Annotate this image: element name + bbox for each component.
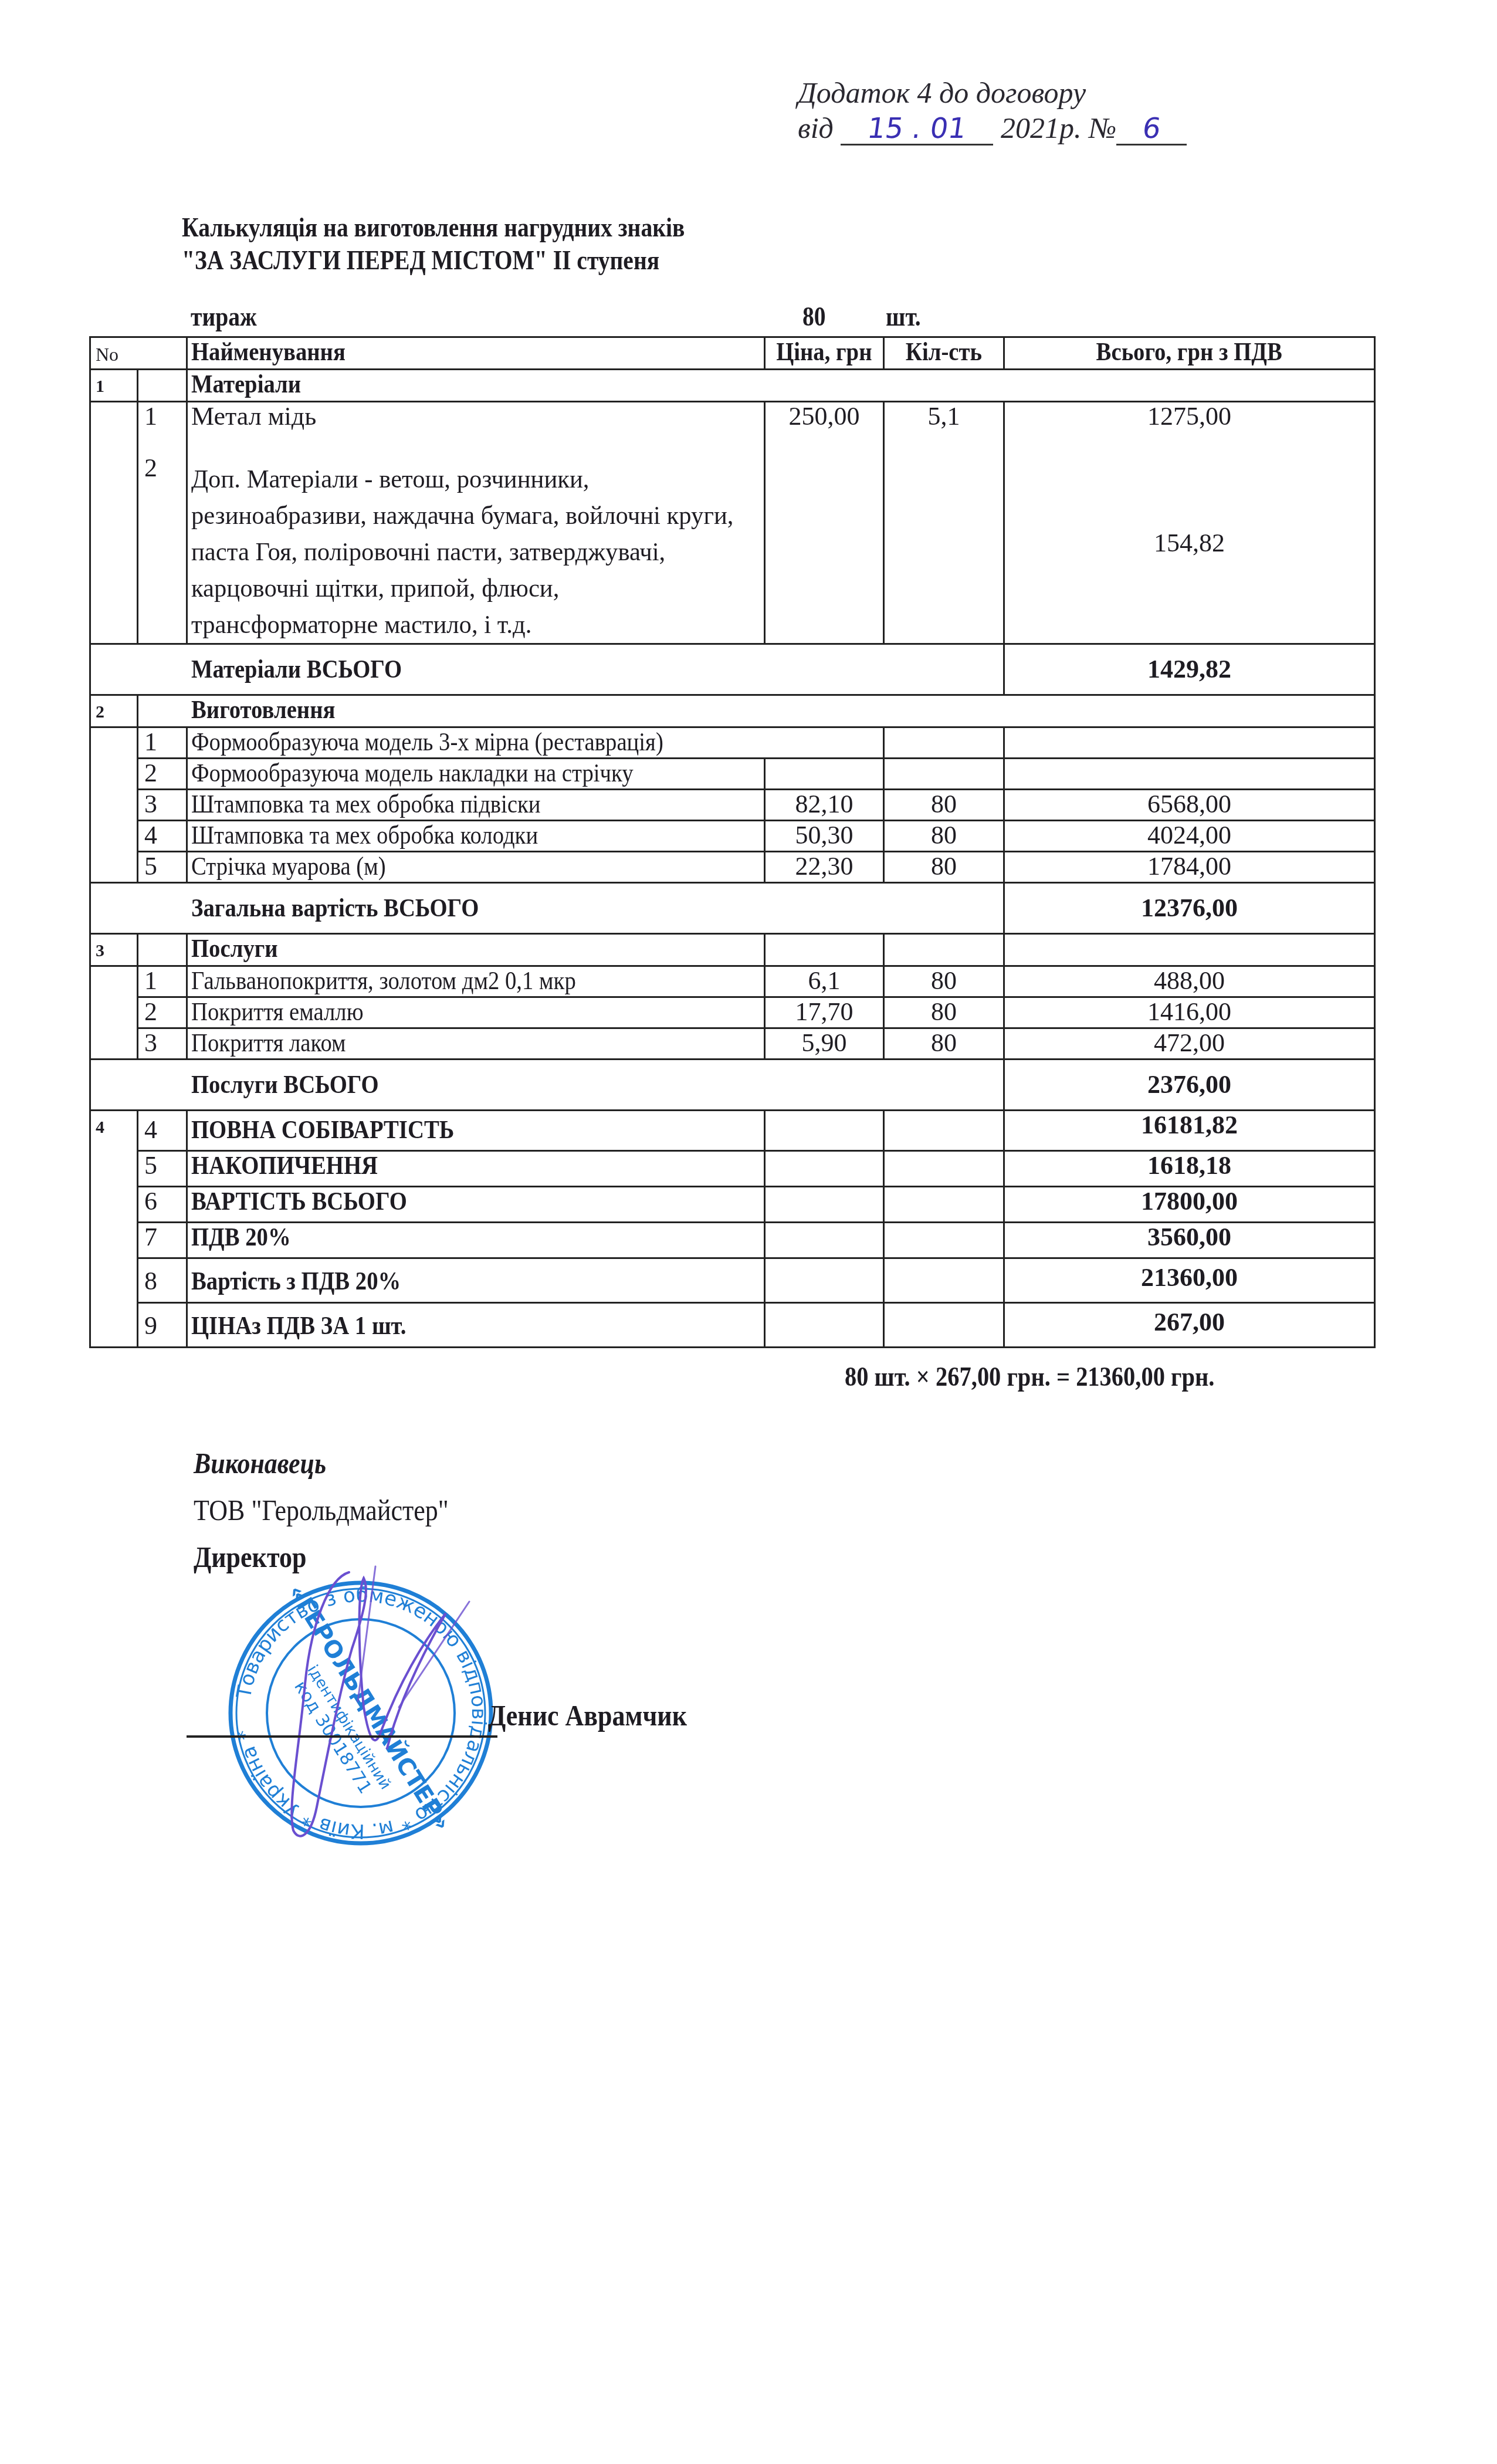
final-row: 9 ЦІНАз ПДВ ЗА 1 шт. 267,00: [90, 1303, 1375, 1348]
section-number: 1: [90, 370, 138, 402]
item-qty: 80: [884, 997, 1004, 1028]
item-price: 50,30: [765, 821, 884, 852]
signature-line: [187, 1735, 497, 1738]
section-row-manufacturing: 2 Виготовлення: [90, 695, 1375, 727]
subtotal-value: 12376,00: [1004, 883, 1375, 934]
column-header-name: Найменування: [187, 337, 765, 370]
item-price: [765, 759, 884, 790]
final-row: 5 НАКОПИЧЕННЯ 1618,18: [90, 1151, 1375, 1187]
item-total: 1275,00: [1008, 402, 1370, 431]
item-name: Стрічка муарова (м): [187, 852, 765, 883]
subtotal-row: Послуги ВСЬОГО 2376,00: [90, 1060, 1375, 1111]
section-number: 4: [90, 1111, 138, 1348]
item-number: 5: [138, 852, 187, 883]
item-name: Покриття емаллю: [187, 997, 765, 1028]
item-name: Штамповка та мех обробка колодки: [187, 821, 765, 852]
executor-label: Виконавець: [194, 1446, 344, 1480]
section-row-materials: 1 Матеріали: [90, 370, 1375, 402]
item-total: 1618,18: [1004, 1151, 1375, 1187]
column-header-total: Всього, грн з ПДВ: [1004, 337, 1375, 370]
subtotal-label: Загальна вартість ВСЬОГО: [90, 883, 1004, 934]
circulation-unit: шт.: [886, 301, 921, 332]
date-prefix: від: [798, 111, 834, 144]
item-name: Покриття лаком: [187, 1028, 765, 1060]
document-title: Калькуляція на виготовлення нагрудних зн…: [182, 211, 685, 277]
signer-name: Денис Аврамчик: [488, 1698, 714, 1732]
subtotal-label: Матеріали ВСЬОГО: [90, 644, 1004, 695]
addendum-title: Додаток 4 до договору: [798, 75, 1187, 110]
item-price: 82,10: [765, 790, 884, 821]
table-row: 3 Покриття лаком 5,90 80 472,00: [90, 1028, 1375, 1060]
item-name: Штамповка та мех обробка підвіски: [187, 790, 765, 821]
table-row: 4 Штамповка та мех обробка колодки 50,30…: [90, 821, 1375, 852]
item-price: 6,1: [765, 966, 884, 997]
item-price: 22,30: [765, 852, 884, 883]
addendum-date-line: від 15 . 01 2021р. №6: [798, 110, 1187, 145]
subtotal-value: 2376,00: [1004, 1060, 1375, 1111]
item-total: [1004, 727, 1375, 759]
final-row: 4 4 ПОВНА СОБІВАРТІСТЬ 16181,82: [90, 1111, 1375, 1151]
final-row: 7 ПДВ 20% 3560,00: [90, 1223, 1375, 1258]
item-qty: 80: [884, 821, 1004, 852]
handwritten-date: 15 . 01: [841, 113, 993, 145]
item-name: ЦІНАз ПДВ ЗА 1 шт.: [187, 1303, 765, 1348]
title-line-1: Калькуляція на виготовлення нагрудних зн…: [182, 211, 685, 244]
total-formula: 80 шт. × 267,00 грн. = 21360,00 грн.: [845, 1361, 1214, 1392]
item-qty: 80: [884, 852, 1004, 883]
handwritten-contract-number: 6: [1116, 113, 1187, 145]
item-total: 154,82: [1008, 529, 1370, 557]
item-number: 1: [138, 966, 187, 997]
item-number: 9: [138, 1303, 187, 1348]
subtotal-row: Матеріали ВСЬОГО 1429,82: [90, 644, 1375, 695]
item-number: 3: [138, 790, 187, 821]
item-name: Метал мідь: [191, 402, 760, 431]
item-number: 5: [138, 1151, 187, 1187]
section-number: 2: [90, 695, 138, 727]
item-qty: 80: [884, 966, 1004, 997]
section-row-services: 3 Послуги: [90, 934, 1375, 966]
table-row: 1 Формообразуюча модель 3-х мірна (реста…: [90, 727, 1375, 759]
column-header-qty: Кіл-сть: [884, 337, 1004, 370]
item-name: ВАРТІСТЬ ВСЬОГО: [187, 1187, 765, 1223]
item-number: 7: [138, 1223, 187, 1258]
item-total: 488,00: [1004, 966, 1375, 997]
item-name: ПОВНА СОБІВАРТІСТЬ: [187, 1111, 765, 1151]
item-name: Формообразуюча модель накладки на стрічк…: [187, 759, 765, 790]
item-total: 4024,00: [1004, 821, 1375, 852]
item-number: 8: [138, 1258, 187, 1303]
subtotal-value: 1429,82: [1004, 644, 1375, 695]
table-row: 1 2 Метал мідь Доп. Матеріали - ветош, р…: [90, 402, 1375, 644]
item-name: Формообразуюча модель 3-х мірна (реставр…: [187, 727, 884, 759]
item-qty: [884, 759, 1004, 790]
item-price: 5,90: [765, 1028, 884, 1060]
item-total: 16181,82: [1004, 1111, 1375, 1151]
item-total: 17800,00: [1004, 1187, 1375, 1223]
item-total: 267,00: [1004, 1303, 1375, 1348]
item-total: 472,00: [1004, 1028, 1375, 1060]
item-name: Доп. Матеріали - ветош, розчинники, рези…: [191, 461, 749, 643]
item-number: 1: [144, 402, 182, 431]
item-number: 1: [138, 727, 187, 759]
column-header-price: Ціна, грн: [765, 337, 884, 370]
item-total: 1784,00: [1004, 852, 1375, 883]
final-row: 6 ВАРТІСТЬ ВСЬОГО 17800,00: [90, 1187, 1375, 1223]
item-qty: 5,1: [884, 402, 1004, 644]
item-price: 250,00: [765, 402, 884, 644]
item-price: 17,70: [765, 997, 884, 1028]
column-header-no: No: [90, 337, 187, 370]
section-title: Виготовлення: [138, 695, 1375, 727]
table-row: 2 Покриття емаллю 17,70 80 1416,00: [90, 997, 1375, 1028]
table-row: 2 Формообразуюча модель накладки на стрі…: [90, 759, 1375, 790]
item-qty: 80: [884, 790, 1004, 821]
table-header-row: No Найменування Ціна, грн Кіл-сть Всього…: [90, 337, 1375, 370]
addendum-header: Додаток 4 до договору від 15 . 01 2021р.…: [798, 75, 1187, 145]
item-name: Вартість з ПДВ 20%: [187, 1258, 765, 1303]
item-number: 2: [144, 454, 182, 482]
circulation-label: тираж: [191, 301, 257, 332]
final-row: 8 Вартість з ПДВ 20% 21360,00: [90, 1258, 1375, 1303]
item-total: 1416,00: [1004, 997, 1375, 1028]
item-name: Гальванопокриття, золотом дм2 0,1 мкр: [187, 966, 765, 997]
item-total: 6568,00: [1004, 790, 1375, 821]
section-title: Послуги: [187, 934, 765, 966]
item-total: 21360,00: [1004, 1258, 1375, 1303]
circulation-quantity: 80: [802, 301, 826, 332]
year-label: 2021р. №: [1001, 111, 1116, 144]
item-name: НАКОПИЧЕННЯ: [187, 1151, 765, 1187]
table-row: 3 Штамповка та мех обробка підвіски 82,1…: [90, 790, 1375, 821]
item-number: 4: [138, 1111, 187, 1151]
item-number: 3: [138, 1028, 187, 1060]
item-total: [1004, 759, 1375, 790]
item-qty: [884, 727, 1004, 759]
item-name: ПДВ 20%: [187, 1223, 765, 1258]
item-qty: 80: [884, 1028, 1004, 1060]
item-number: 2: [138, 997, 187, 1028]
table-row: 1 Гальванопокриття, золотом дм2 0,1 мкр …: [90, 966, 1375, 997]
section-title: Матеріали: [187, 370, 1375, 402]
item-number: 6: [138, 1187, 187, 1223]
subtotal-label: Послуги ВСЬОГО: [90, 1060, 1004, 1111]
title-line-2: "ЗА ЗАСЛУГИ ПЕРЕД МІСТОМ" ІІ ступеня: [182, 244, 685, 277]
section-number: 3: [90, 934, 138, 966]
item-number: 4: [138, 821, 187, 852]
subtotal-row: Загальна вартість ВСЬОГО 12376,00: [90, 883, 1375, 934]
item-number: 2: [138, 759, 187, 790]
table-row: 5 Стрічка муарова (м) 22,30 80 1784,00: [90, 852, 1375, 883]
calculation-table: No Найменування Ціна, грн Кіл-сть Всього…: [89, 336, 1376, 1348]
item-total: 3560,00: [1004, 1223, 1375, 1258]
company-name: ТОВ "Герольдмайстер": [194, 1493, 483, 1527]
